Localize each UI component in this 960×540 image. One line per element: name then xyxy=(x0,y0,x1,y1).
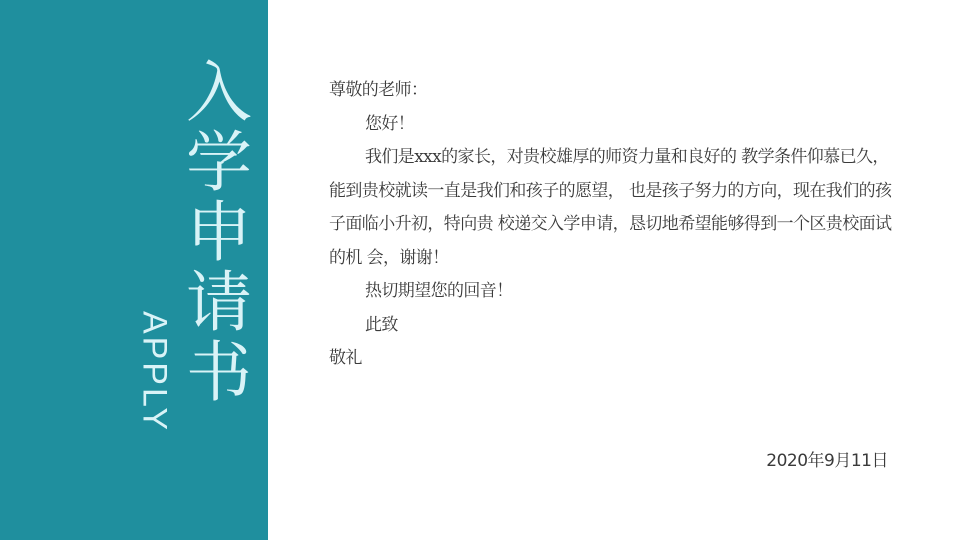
title-char: 申 xyxy=(176,198,262,268)
title-char: 入 xyxy=(176,58,262,128)
letter-body: 尊敬的老师： 您好！ 我们是xxx的家长，对贵校雄厚的师资力量和良好的 教学条件… xyxy=(329,74,894,376)
side-panel: 入 学 申 请 书 APPLY xyxy=(0,0,268,540)
letter-date: 2020年9月11日 xyxy=(766,446,888,471)
salutation: 尊敬的老师： xyxy=(329,74,894,108)
title-char: 学 xyxy=(176,128,262,198)
subtitle-apply: APPLY xyxy=(135,311,174,433)
letter-paragraph: 我们是xxx的家长，对贵校雄厚的师资力量和良好的 教学条件仰慕已久，能到贵校就读… xyxy=(329,141,894,275)
closing-hope: 热切期望您的回音！ xyxy=(329,275,894,309)
closing-jingli: 敬礼 xyxy=(329,342,894,376)
closing-cizhi: 此致 xyxy=(329,309,894,343)
title-char: 书 xyxy=(176,338,262,408)
title-char: 请 xyxy=(176,268,262,338)
greeting: 您好！ xyxy=(329,108,894,142)
page-title: 入 学 申 请 书 xyxy=(176,58,262,408)
